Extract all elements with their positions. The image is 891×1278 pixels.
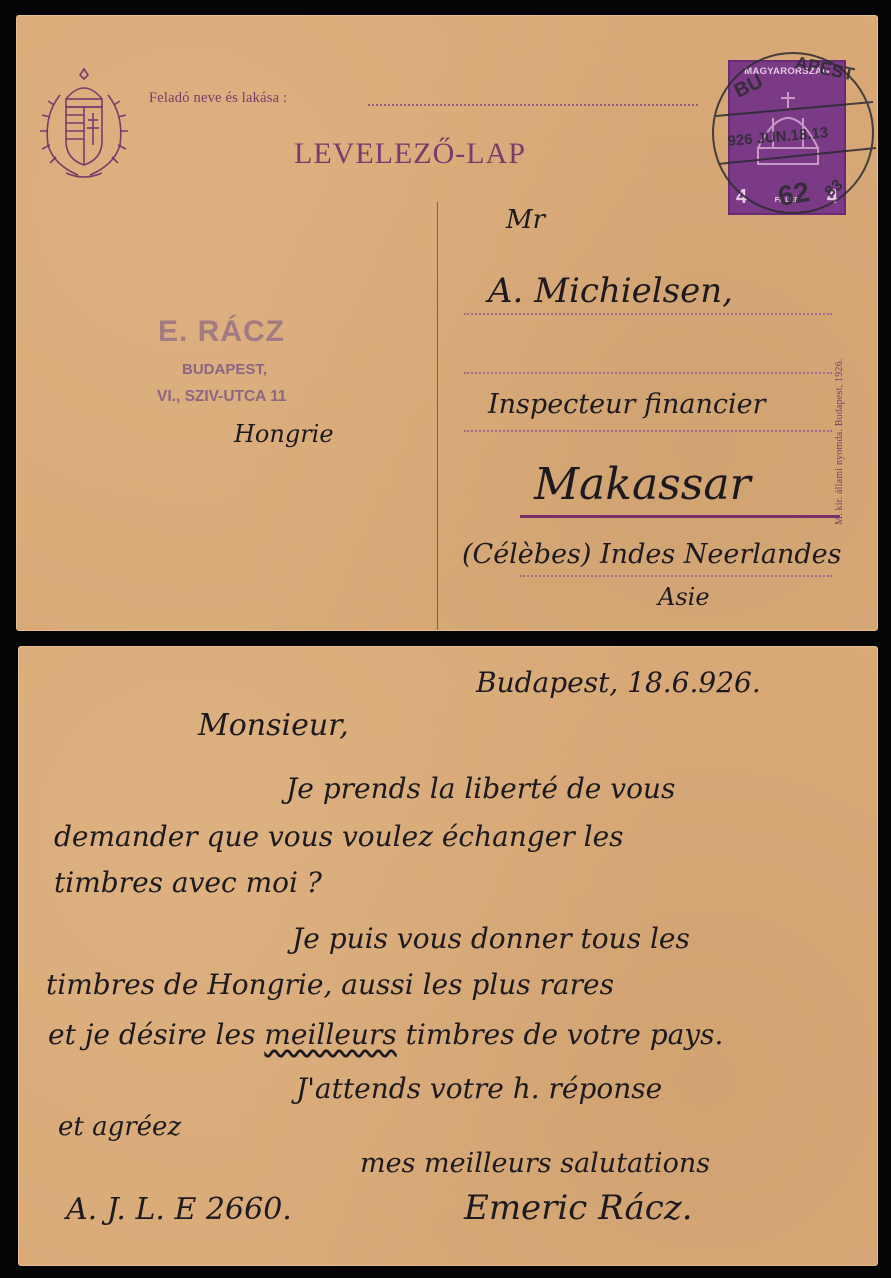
message-line-1: Je prends la liberté de vous — [286, 772, 675, 805]
address-line-3 — [464, 430, 832, 432]
message-line-5: timbres de Hongrie, aussi les plus rares — [46, 968, 614, 1001]
sender-stamp-street: VI., SZIV-UTCA 11 — [157, 388, 287, 406]
address-line-1 — [464, 313, 832, 315]
postcard-front: Feladó neve és lakása : LEVELEZŐ-LAP MAG… — [16, 15, 878, 631]
sender-stamp-name: E. RÁCZ — [158, 315, 285, 349]
svg-text:926 JUN.18.13: 926 JUN.18.13 — [727, 124, 829, 150]
address-line-2 — [464, 372, 832, 374]
sender-label: Feladó neve és lakása : — [149, 90, 287, 107]
svg-text:62: 62 — [776, 176, 812, 212]
address-salutation: Mr — [506, 205, 545, 235]
postcard-back: Budapest, 18.6.926. Monsieur, Je prends … — [18, 646, 878, 1266]
message-line-3: timbres avec moi ? — [54, 866, 322, 899]
postcard-title: LEVELEZŐ-LAP — [294, 137, 526, 171]
message-greeting: Monsieur, — [198, 708, 349, 743]
message-underlined-word: meilleurs — [264, 1018, 396, 1051]
address-line-4 — [520, 575, 832, 577]
message-line-6-start: et je désire les — [48, 1018, 255, 1051]
city-underline — [520, 515, 840, 518]
sender-country-handwritten: Hongrie — [234, 420, 334, 448]
message-line-8: et agréez — [58, 1112, 181, 1142]
address-continent: Asie — [658, 583, 710, 611]
sender-stamp-city: BUDAPEST, — [182, 361, 267, 378]
printer-imprint: M. kir. állami nyomda. Budapest, 1926. — [834, 359, 845, 525]
address-name: A. Michielsen, — [488, 271, 733, 311]
message-line-6-end: timbres de votre pays. — [406, 1018, 724, 1051]
membership-number: A. J. L. E 2660. — [66, 1192, 292, 1227]
postmark-cancel-icon: BU APEST 926 JUN.18.13 62 83 — [698, 38, 888, 228]
message-line-7: J'attends votre h. réponse — [296, 1072, 662, 1105]
vertical-divider — [437, 202, 438, 630]
signature: Emeric Rácz. — [464, 1188, 693, 1228]
postage-stamp: MAGYARORSZÁG 4 FILLÉR 4 — [728, 60, 846, 215]
message-line-6: et je désire les meilleurs timbres de vo… — [48, 1018, 723, 1051]
message-line-2: demander que vous voulez échanger les — [54, 820, 624, 853]
address-city: Makassar — [534, 459, 751, 510]
svg-text:APEST: APEST — [793, 52, 856, 84]
message-line-9: mes meilleurs salutations — [360, 1148, 710, 1179]
svg-text:BU: BU — [731, 70, 766, 102]
svg-text:83: 83 — [822, 177, 847, 202]
message-line-4: Je puis vous donner tous les — [292, 922, 690, 955]
hungarian-coat-of-arms-icon — [36, 65, 132, 183]
address-region: (Célèbes) Indes Neerlandes — [462, 539, 842, 570]
address-title: Inspecteur financier — [488, 389, 766, 420]
message-dateline: Budapest, 18.6.926. — [476, 666, 761, 699]
sender-dotted-line — [368, 104, 698, 106]
